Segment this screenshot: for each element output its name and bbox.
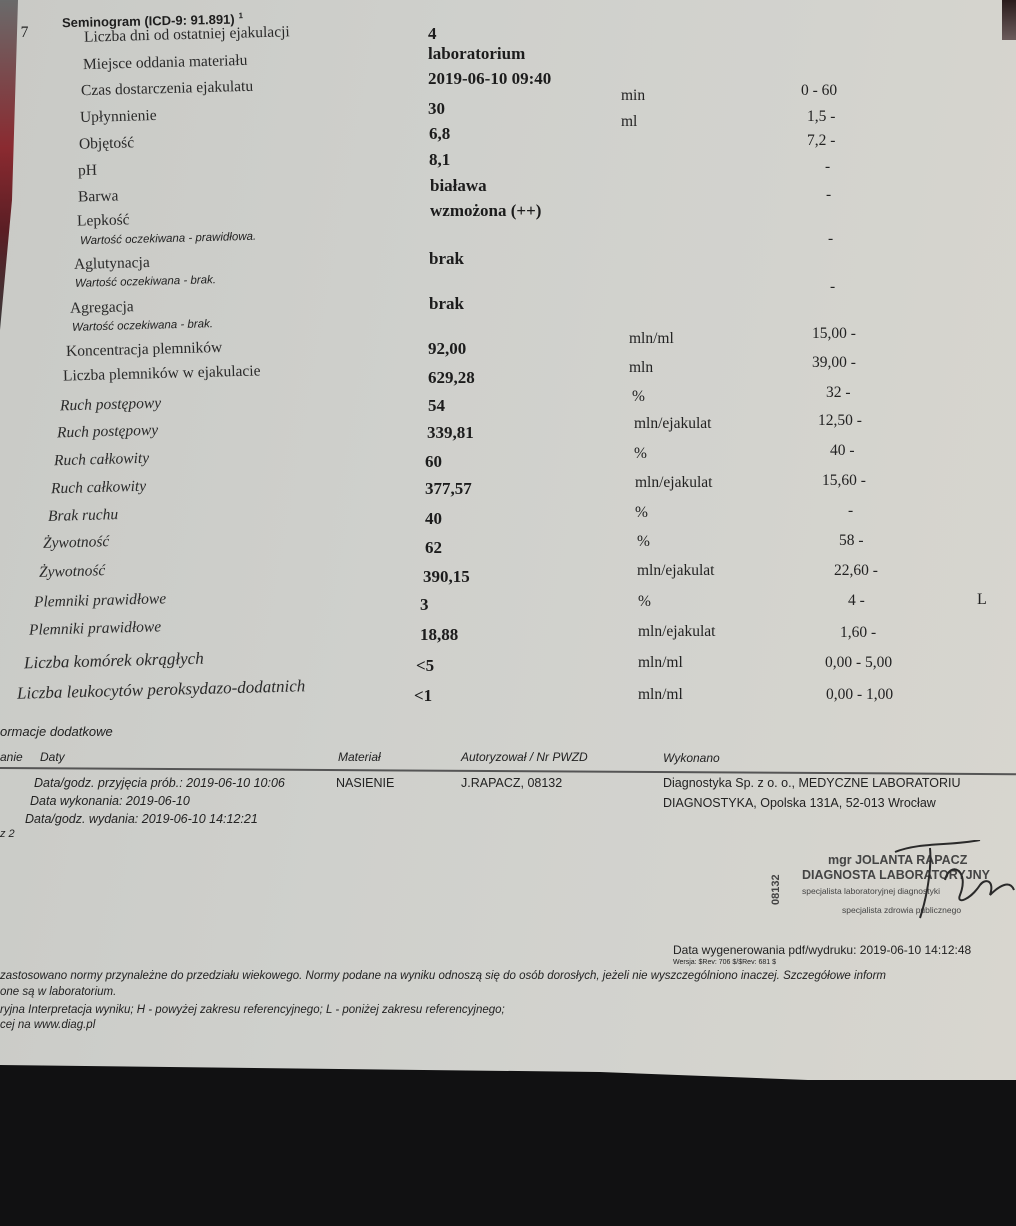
result-flag-low: L	[977, 591, 987, 609]
result-unit: mln/ml	[638, 686, 683, 704]
date-issued: Data/godz. wydania: 2019-06-10 14:12:21	[25, 812, 258, 826]
result-value: 40	[425, 509, 442, 529]
result-label: Żywotność	[43, 533, 110, 553]
footnote-2: one są w laboratorium.	[0, 986, 116, 998]
stamp-number: 08132	[770, 874, 782, 905]
result-reference-range: 12,50 -	[818, 412, 862, 430]
header-performed: Wykonano	[663, 751, 720, 765]
footnote-1: zastosowano normy przynależne do przedzi…	[0, 970, 886, 982]
result-value: <1	[414, 686, 432, 706]
result-reference-range: 32 -	[826, 384, 851, 402]
header-material: Materiał	[338, 750, 381, 764]
result-label: Agregacja	[70, 298, 134, 318]
result-reference-range: 15,60 -	[822, 472, 866, 490]
result-reference-range: 0,00 - 5,00	[825, 654, 892, 672]
result-reference-range: -	[848, 502, 853, 520]
result-unit: min	[621, 87, 645, 105]
lab-report-page: Seminogram (ICD-9: 91.891)1 Liczba dni o…	[0, 0, 1016, 1080]
header-dates: Daty	[40, 750, 65, 764]
result-value: 92,00	[428, 339, 466, 359]
result-value: 390,15	[423, 567, 470, 587]
result-value: wzmożona (++)	[430, 201, 541, 221]
result-unit: mln/ejakulat	[634, 415, 711, 433]
result-label: Liczba leukocytów peroksydazo-dodatnich	[17, 676, 306, 704]
authorized-value: J.RAPACZ, 08132	[461, 776, 562, 790]
result-label: Aglutynacja	[74, 254, 150, 274]
result-label: Ruch postępowy	[57, 422, 159, 443]
performed-line1: Diagnostyka Sp. z o. o., MEDYCZNE LABORA…	[663, 776, 961, 790]
generated-date: Data wygenerowania pdf/wydruku: 2019-06-…	[673, 943, 971, 957]
result-reference-range: 1,5 -	[807, 108, 835, 126]
date-received: Data/godz. przyjęcia prób.: 2019-06-10 1…	[34, 776, 285, 790]
footnote-marker: 1	[238, 11, 243, 20]
result-label: Liczba plemników w ejakulacie	[63, 362, 261, 385]
header-col0: anie	[0, 750, 23, 764]
result-label: Ruch całkowity	[51, 478, 147, 498]
result-label: Koncentracja plemników	[66, 339, 223, 361]
result-unit: ml	[621, 113, 637, 131]
background-edge	[1002, 0, 1016, 40]
result-reference-range: 7,2 -	[807, 132, 835, 150]
expected-value-note: Wartość oczekiwana - brak.	[72, 318, 213, 334]
result-value: 60	[425, 452, 442, 472]
result-unit: mln/ejakulat	[637, 562, 714, 580]
result-value: laboratorium	[428, 44, 525, 64]
result-value: 8,1	[429, 150, 450, 170]
result-reference-range: -	[826, 186, 831, 204]
signature-icon	[890, 840, 1016, 920]
result-label: Upłynnienie	[80, 107, 157, 127]
result-reference-range: 0 - 60	[801, 82, 837, 100]
result-reference-range: 40 -	[830, 442, 855, 460]
result-reference-range: 4 -	[848, 592, 865, 610]
result-label: Miejsce oddania materiału	[83, 52, 248, 74]
result-label: Plemniki prawidłowe	[34, 590, 167, 611]
result-reference-range: 22,60 -	[834, 562, 878, 580]
material-value: NASIENIE	[336, 776, 394, 790]
result-value: 629,28	[428, 368, 475, 388]
result-value: 6,8	[429, 124, 450, 144]
result-label: Czas dostarczenia ejakulatu	[81, 78, 254, 101]
expected-value-note: Wartość oczekiwana - prawidłowa.	[80, 231, 256, 248]
result-unit: mln	[629, 359, 653, 377]
result-unit: %	[632, 388, 645, 406]
result-unit: mln/ejakulat	[635, 474, 712, 492]
result-reference-range: -	[828, 230, 833, 248]
additional-info-title: ormacje dodatkowe	[0, 724, 113, 739]
expected-value-note: Wartość oczekiwana - brak.	[75, 274, 216, 290]
result-reference-range: -	[830, 278, 835, 296]
result-value: biaława	[430, 176, 487, 196]
result-unit: %	[635, 504, 648, 522]
result-label: Ruch postępowy	[60, 395, 162, 416]
result-reference-range: 1,60 -	[840, 624, 876, 642]
footnote-4: cej na www.diag.pl	[0, 1019, 95, 1031]
result-reference-range: 39,00 -	[812, 354, 856, 372]
result-value: brak	[429, 294, 464, 314]
footnote-3: ryjna Interpretacja wyniku; H - powyżej …	[0, 1004, 505, 1016]
result-reference-range: 0,00 - 1,00	[826, 686, 893, 704]
result-label: Objętość	[79, 134, 135, 153]
result-value: 339,81	[427, 423, 474, 443]
result-unit: %	[638, 593, 651, 611]
result-value: <5	[416, 656, 434, 676]
performed-line2: DIAGNOSTYKA, Opolska 131A, 52-013 Wrocła…	[663, 796, 936, 810]
result-label: Barwa	[78, 187, 119, 206]
result-value: 3	[420, 595, 429, 615]
version-info: Wersja: $Rev: 706 $/$Rev: 681 $	[673, 959, 776, 966]
result-value: 62	[425, 538, 442, 558]
result-reference-range: 58 -	[839, 532, 864, 550]
result-label: Plemniki prawidłowe	[29, 618, 162, 639]
result-value: 30	[428, 99, 445, 119]
result-label: Liczba komórek okrągłych	[24, 649, 204, 674]
header-divider	[0, 767, 1016, 775]
result-value: 54	[428, 396, 445, 416]
result-unit: mln/ml	[629, 330, 674, 348]
result-label: Żywotność	[39, 562, 106, 582]
result-reference-range: 15,00 -	[812, 325, 856, 343]
result-value: 2019-06-10 09:40	[428, 69, 551, 89]
result-unit: mln/ml	[638, 654, 683, 672]
result-label: Brak ruchu	[48, 506, 119, 526]
date-performed: Data wykonania: 2019-06-10	[30, 794, 190, 808]
header-authorized: Autoryzował / Nr PWZD	[461, 750, 588, 764]
result-value: 377,57	[425, 479, 472, 499]
result-value: 18,88	[420, 625, 458, 645]
result-unit: %	[634, 445, 647, 463]
result-unit: %	[637, 533, 650, 551]
result-label: pH	[78, 162, 97, 180]
result-label: Lepkość	[77, 211, 130, 230]
result-value: brak	[429, 249, 464, 269]
result-reference-range: -	[825, 158, 830, 176]
result-label: Ruch całkowity	[54, 450, 150, 470]
result-value: 4	[428, 24, 437, 44]
result-unit: mln/ejakulat	[638, 623, 715, 641]
page-number: z 2	[0, 828, 15, 840]
